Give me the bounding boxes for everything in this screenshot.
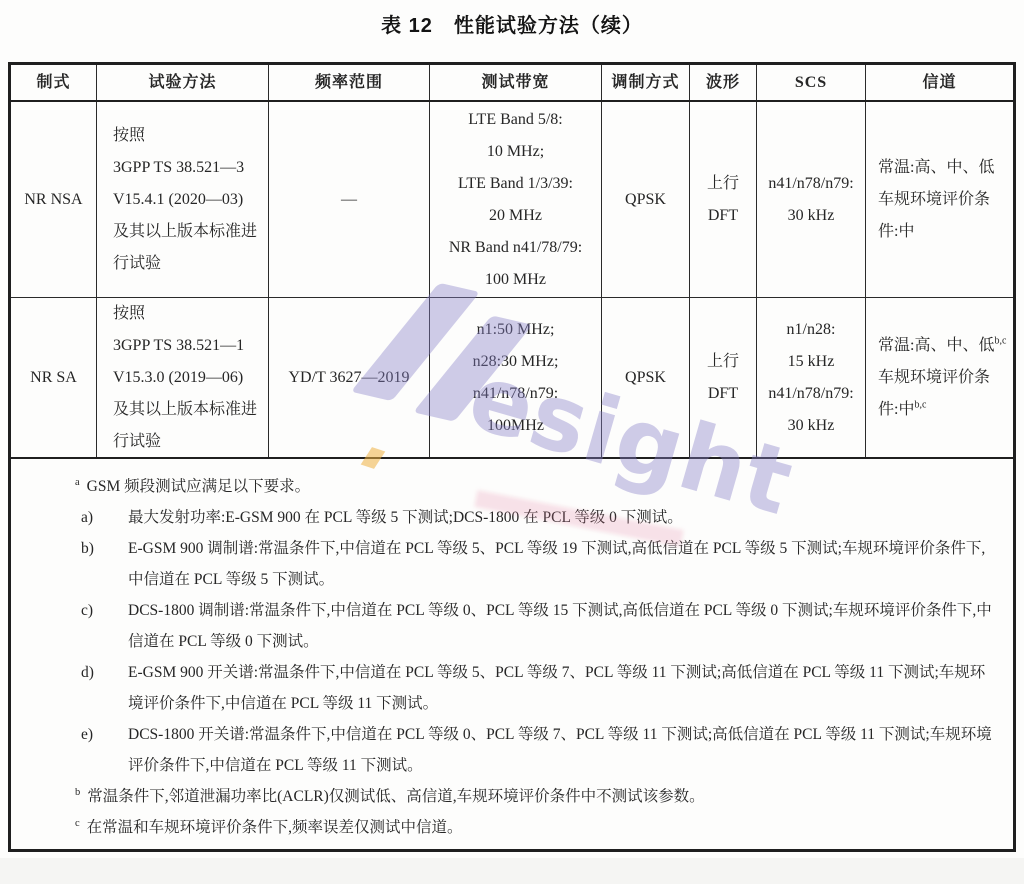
cell-modulation: QPSK [602, 102, 690, 297]
cell-mode: NR NSA [11, 102, 97, 297]
cell-mode: NR SA [11, 298, 97, 457]
footnote-marker: e) [81, 719, 93, 750]
footnote-item-d: d)E-GSM 900 开关谱:常温条件下,中信道在 PCL 等级 5、PCL … [11, 657, 993, 719]
table-title: 表 12 性能试验方法（续） [0, 9, 1024, 38]
footnote-item-c: c)DCS-1800 调制谱:常温条件下,中信道在 PCL 等级 0、PCL 等… [11, 595, 993, 657]
footnote-marker: c) [81, 595, 93, 626]
footnote-text: DCS-1800 开关谱:常温条件下,中信道在 PCL 等级 0、PCL 等级 … [128, 726, 992, 774]
footnote-text: 常温条件下,邻道泄漏功率比(ACLR)仅测试低、高信道,车规环境评价条件中不测试… [87, 788, 704, 805]
document-page: { "page": { "title": "表 12 性能试验方法（续）" },… [0, 0, 1024, 884]
channel-text: 常温:高、中、低 [878, 337, 994, 354]
footnote-text: DCS-1800 调制谱:常温条件下,中信道在 PCL 等级 0、PCL 等级 … [128, 602, 992, 650]
footnote-text: E-GSM 900 开关谱:常温条件下,中信道在 PCL 等级 5、PCL 等级… [128, 664, 985, 712]
cell-waveform: 上行 DFT [690, 102, 757, 297]
page-bottom-margin [0, 858, 1024, 884]
col-header-waveform: 波形 [690, 65, 757, 100]
col-header-freq-range: 频率范围 [269, 65, 430, 100]
footnote-marker: a) [81, 502, 93, 533]
footnote-marker: a [75, 477, 80, 488]
table-header-row: 制式 试验方法 频率范围 测试带宽 调制方式 波形 SCS 信道 [11, 65, 1013, 102]
footnote-item-b: b)E-GSM 900 调制谱:常温条件下,中信道在 PCL 等级 5、PCL … [11, 533, 993, 595]
footnote-ref: b,c [914, 400, 926, 411]
cell-bandwidth: n1:50 MHz; n28:30 MHz; n41/n78/n79: 100M… [430, 298, 602, 457]
cell-waveform: 上行 DFT [690, 298, 757, 457]
footnote-ref: b,c [994, 336, 1006, 347]
footnote-marker: b) [81, 533, 94, 564]
footnote-text: GSM 频段测试应满足以下要求。 [87, 478, 310, 495]
cell-channel: 常温:高、中、低 车规环境评价条 件:中 [866, 102, 1013, 297]
cell-bandwidth: LTE Band 5/8: 10 MHz; LTE Band 1/3/39: 2… [430, 102, 602, 297]
footnote-a: aGSM 频段测试应满足以下要求。 [11, 471, 993, 502]
performance-test-table: 制式 试验方法 频率范围 测试带宽 调制方式 波形 SCS 信道 NR NSA … [8, 62, 1016, 852]
channel-text: 车规环境评价条 件:中 [878, 369, 990, 418]
cell-modulation: QPSK [602, 298, 690, 457]
footnote-item-a: a)最大发射功率:E-GSM 900 在 PCL 等级 5 下测试;DCS-18… [11, 502, 993, 533]
footnote-marker: d) [81, 657, 94, 688]
footnote-item-e: e)DCS-1800 开关谱:常温条件下,中信道在 PCL 等级 0、PCL 等… [11, 719, 993, 781]
table-row-nr-sa: NR SA 按照 3GPP TS 38.521—1 V15.3.0 (2019—… [11, 298, 1013, 459]
cell-freq-range: — [269, 102, 430, 297]
cell-scs: n1/n28: 15 kHz n41/n78/n79: 30 kHz [757, 298, 866, 457]
cell-channel: 常温:高、中、低b,c 车规环境评价条 件:中b,c [866, 298, 1013, 457]
cell-method: 按照 3GPP TS 38.521—3 V15.4.1 (2020—03) 及其… [97, 102, 269, 297]
col-header-scs: SCS [757, 65, 866, 100]
footnote-b: b常温条件下,邻道泄漏功率比(ACLR)仅测试低、高信道,车规环境评价条件中不测… [11, 781, 993, 812]
footnote-c: c在常温和车规环境评价条件下,频率误差仅测试中信道。 [11, 812, 993, 843]
table-footnotes: aGSM 频段测试应满足以下要求。 a)最大发射功率:E-GSM 900 在 P… [11, 459, 1013, 844]
table-row-nr-nsa: NR NSA 按照 3GPP TS 38.521—3 V15.4.1 (2020… [11, 102, 1013, 298]
col-header-mode: 制式 [11, 65, 97, 100]
footnote-text: 在常温和车规环境评价条件下,频率误差仅测试中信道。 [87, 819, 463, 836]
footnote-marker: b [75, 787, 80, 798]
cell-freq-range: YD/T 3627—2019 [269, 298, 430, 457]
footnote-text: E-GSM 900 调制谱:常温条件下,中信道在 PCL 等级 5、PCL 等级… [128, 540, 985, 588]
col-header-modulation: 调制方式 [602, 65, 690, 100]
col-header-method: 试验方法 [97, 65, 269, 100]
footnote-text: 最大发射功率:E-GSM 900 在 PCL 等级 5 下测试;DCS-1800… [128, 509, 683, 526]
channel-text: 常温:高、中、低 车规环境评价条 件:中 [878, 159, 994, 240]
footnote-marker: c [75, 818, 80, 829]
cell-method: 按照 3GPP TS 38.521—1 V15.3.0 (2019—06) 及其… [97, 298, 269, 457]
col-header-bandwidth: 测试带宽 [430, 65, 602, 100]
col-header-channel: 信道 [866, 65, 1013, 100]
cell-scs: n41/n78/n79: 30 kHz [757, 102, 866, 297]
